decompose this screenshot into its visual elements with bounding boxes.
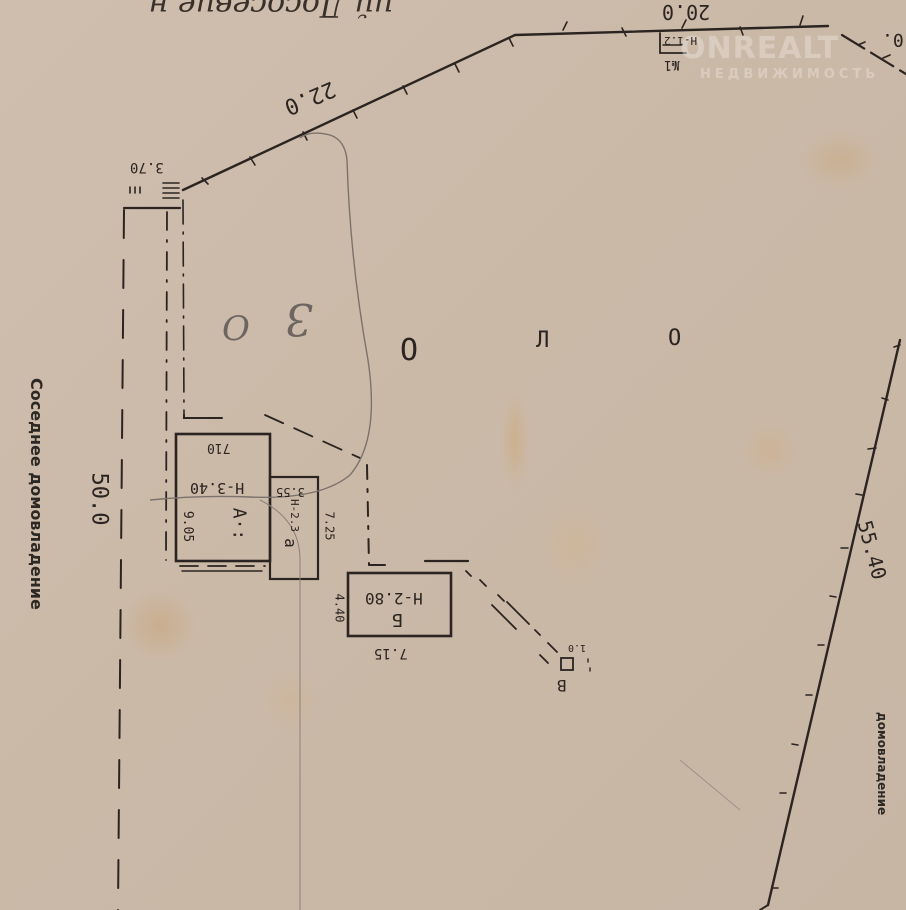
dim-top-left-short: 3.70 xyxy=(130,160,164,174)
neighbor-left-stamp: Соседнее домовладение xyxy=(28,378,44,610)
building-a-width: 9.05 xyxy=(181,511,194,542)
building-annex-letter: а xyxy=(282,538,298,548)
building-v-letter: В xyxy=(557,677,567,693)
yard-letter-2: Л xyxy=(536,330,549,352)
plot-boundary-left xyxy=(118,210,124,910)
yard-letter-1: О xyxy=(668,328,681,350)
building-v xyxy=(561,658,573,670)
gate-number: №1 xyxy=(664,58,680,71)
dim-top-right: 0. xyxy=(882,30,904,48)
plan-drawing xyxy=(0,0,906,910)
gate-height: Н-1.2 xyxy=(664,35,697,46)
neighbor-right-stamp: домовладение xyxy=(876,712,888,815)
building-a-height: Н-3.40 xyxy=(190,480,244,495)
building-b-letter: Б xyxy=(392,610,403,628)
building-annex-height: Н-2.3 xyxy=(289,499,300,532)
plot-boundary-right xyxy=(768,340,900,905)
top-margin-handwriting: ...ий Лососевие н... xyxy=(120,0,422,20)
building-annex-width: 7.25 xyxy=(323,512,335,541)
dim-top-horizontal: 20.0 xyxy=(662,2,710,22)
building-v-dim: 1.0 xyxy=(568,642,586,652)
building-a-top-dim: 710 xyxy=(207,441,230,454)
building-annex-length: 3.55 xyxy=(276,486,305,498)
dim-left-side: 50.0 xyxy=(87,473,109,526)
pencil-mark-2: 3 xyxy=(285,296,313,340)
watermark-brand: ONREALT xyxy=(680,34,839,64)
building-b-width: 4.40 xyxy=(333,594,345,623)
pencil-mark-1: О xyxy=(222,312,250,346)
building-b-length: 7.15 xyxy=(374,646,408,660)
watermark-subtitle: НЕДВИЖИМОСТЬ xyxy=(700,68,879,81)
building-a-letter: A·: xyxy=(229,508,247,541)
yard-letter-3: О xyxy=(400,336,418,366)
building-b-height: Н-2.80 xyxy=(365,590,423,606)
site-plan-photo: ...ий Лососевие н... ONREALT НЕДВИЖИМОСТ… xyxy=(0,0,906,910)
